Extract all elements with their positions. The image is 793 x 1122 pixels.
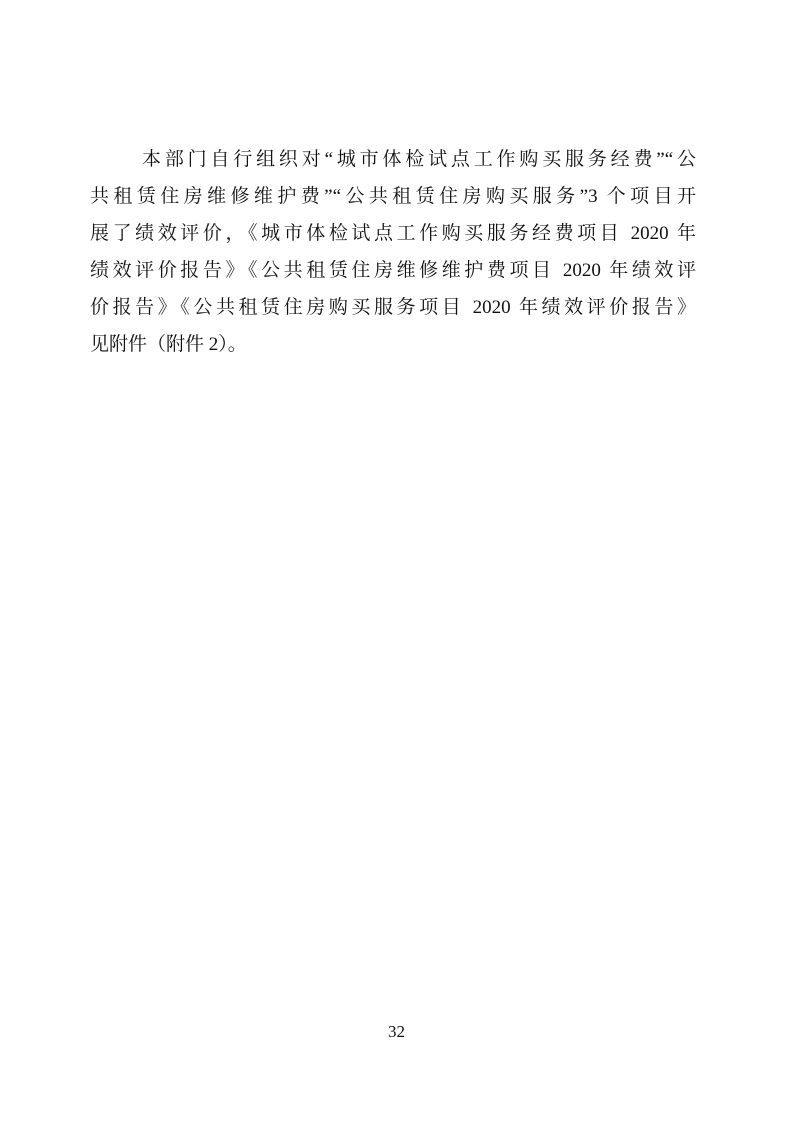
paragraph-line: 价报告》《公共租赁住房购买服务项目 2020 年绩效评价报告》 bbox=[90, 289, 696, 326]
paragraph-line: 共租赁住房维修维护费”“公共租赁住房购买服务”3 个项目开 bbox=[90, 178, 696, 215]
body-paragraph: 本部门自行组织对“城市体检试点工作购买服务经费”“公 共租赁住房维修维护费”“公… bbox=[90, 141, 696, 363]
paragraph-line: 本部门自行组织对“城市体检试点工作购买服务经费”“公 bbox=[90, 141, 696, 178]
page-number: 32 bbox=[0, 1022, 793, 1042]
paragraph-line: 绩效评价报告》《公共租赁住房维修维护费项目 2020 年绩效评 bbox=[90, 252, 696, 289]
document-page: 本部门自行组织对“城市体检试点工作购买服务经费”“公 共租赁住房维修维护费”“公… bbox=[0, 0, 793, 1122]
paragraph-line: 见附件（附件 2）。 bbox=[90, 326, 696, 363]
paragraph-line: 展了绩效评价，《城市体检试点工作购买服务经费项目 2020 年 bbox=[90, 215, 696, 252]
